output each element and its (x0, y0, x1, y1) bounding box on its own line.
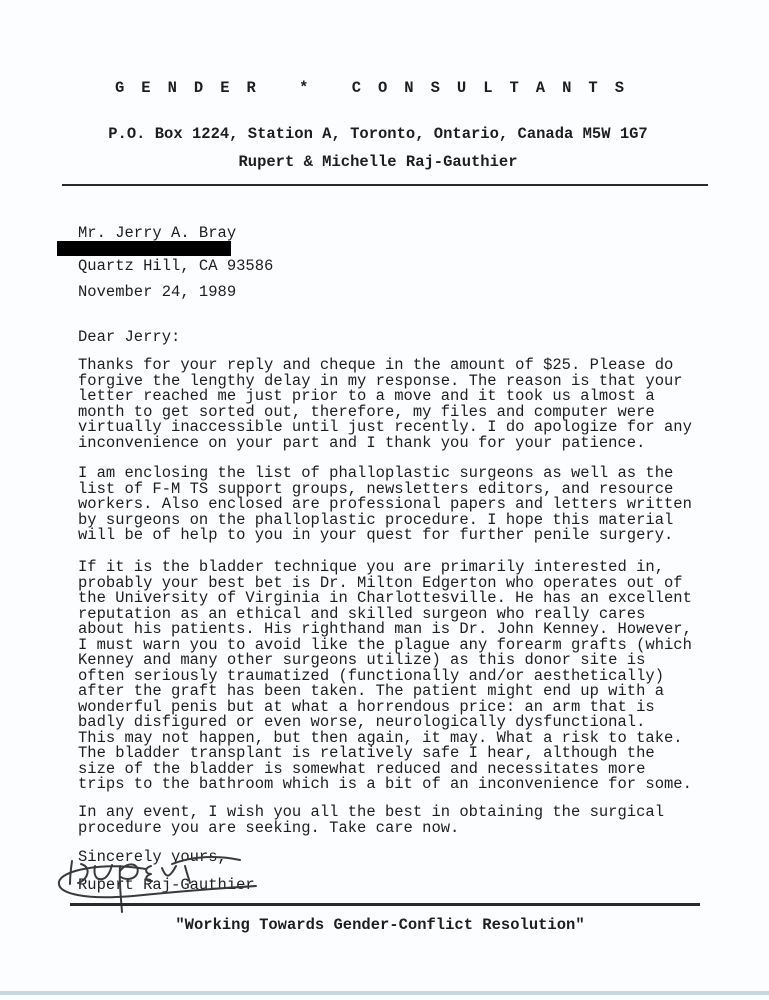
body-paragraph-3: If it is the bladder technique you are p… (78, 560, 723, 793)
letterhead-principals-row: Rupert & Michelle Raj-Gauthier (0, 153, 756, 171)
org-name: GENDER * CONSULTANTS (0, 80, 756, 96)
org-address: P.O. Box 1224, Station A, Toronto, Ontar… (108, 125, 648, 143)
footer-divider-rule (70, 903, 700, 906)
footer: "Working Towards Gender-Conflict Resolut… (0, 916, 760, 934)
recipient-name: Mr. Jerry A. Bray (78, 226, 236, 242)
recipient-city-line: Quartz Hill, CA 93586 (78, 259, 273, 275)
salutation: Dear Jerry: (78, 330, 180, 346)
scan-edge-artifact (0, 991, 769, 995)
redacted-address-bar (57, 241, 231, 256)
valediction: Sincerely yours, (78, 850, 227, 866)
letterhead: GENDER * CONSULTANTS (0, 80, 756, 96)
letterhead-address-row: P.O. Box 1224, Station A, Toronto, Ontar… (0, 125, 756, 143)
footer-motto: "Working Towards Gender-Conflict Resolut… (175, 916, 584, 934)
letterhead-divider-rule (62, 184, 708, 186)
body-paragraph-1: Thanks for your reply and cheque in the … (78, 358, 723, 451)
signer-typed-name: Rupert Raj-Gauthier (78, 878, 255, 894)
letter-date: November 24, 1989 (78, 285, 236, 301)
org-principals: Rupert & Michelle Raj-Gauthier (238, 153, 517, 171)
scanned-letter-page: GENDER * CONSULTANTS P.O. Box 1224, Stat… (0, 0, 769, 1000)
body-paragraph-4: In any event, I wish you all the best in… (78, 805, 723, 836)
body-paragraph-2: I am enclosing the list of phalloplastic… (78, 466, 723, 544)
